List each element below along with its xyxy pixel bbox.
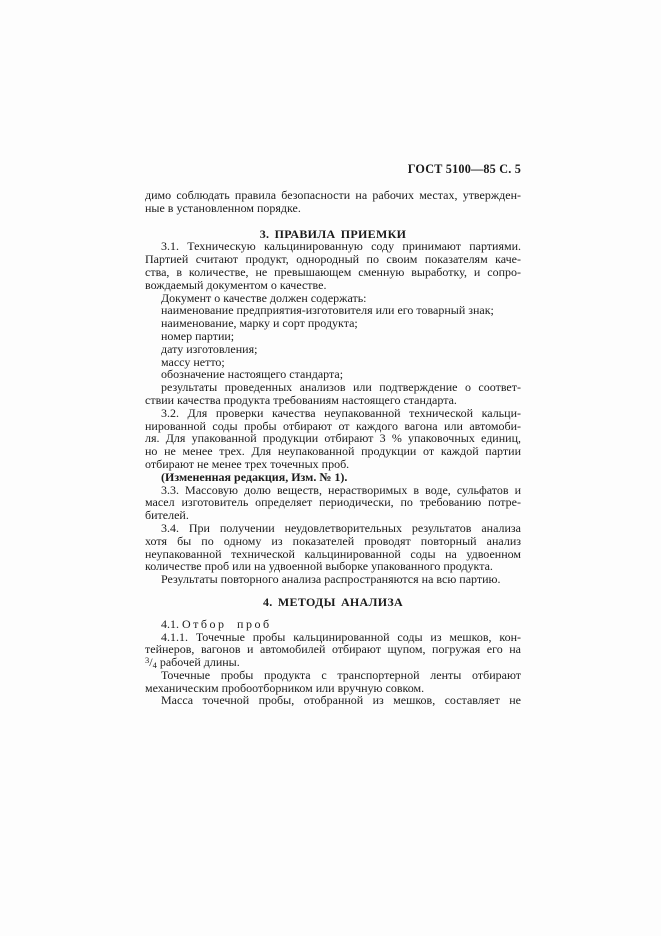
text-line: вождаемый документом о качестве. bbox=[145, 279, 521, 292]
subsection-heading: 4.1. Отбор проб bbox=[145, 618, 521, 631]
text-line: отбирают не менее трех точечных проб. bbox=[145, 458, 521, 471]
text-line: Масса точечной пробы, отобранной из мешк… bbox=[145, 694, 521, 707]
subsection-title: Отбор проб bbox=[182, 617, 272, 631]
text-line: (Измененная редакция, Изм. № 1). bbox=[145, 471, 521, 484]
text-line: Точечные пробы продукта с транспортерной… bbox=[145, 669, 521, 682]
document-page: ГОСТ 5100—85 С. 5 димо соблюдать правила… bbox=[0, 0, 661, 936]
text-line: димо соблюдать правила безопасности на р… bbox=[145, 189, 521, 202]
text-line: 3/4 рабочей длины. bbox=[145, 656, 521, 669]
section-heading: 4. МЕТОДЫ АНАЛИЗА bbox=[145, 596, 521, 609]
text-line: ные в установленном порядке. bbox=[145, 202, 521, 215]
text-line: дату изготовления; bbox=[145, 343, 521, 356]
text-line: масел изготовитель определяет периодичес… bbox=[145, 496, 521, 509]
text-line: Результаты повторного анализа распростра… bbox=[145, 573, 521, 586]
text-line: бителей. bbox=[145, 509, 521, 522]
text-line: 3.4. При получении неудовлетворительных … bbox=[145, 522, 521, 535]
page-header: ГОСТ 5100—85 С. 5 bbox=[145, 162, 521, 176]
text-line: 3.2. Для проверки качества неупакованной… bbox=[145, 407, 521, 420]
document-body: димо соблюдать правила безопасности на р… bbox=[145, 189, 521, 707]
text-column: ГОСТ 5100—85 С. 5 димо соблюдать правила… bbox=[145, 162, 521, 707]
text-line: ства, в количестве, не превышающем сменн… bbox=[145, 266, 521, 279]
text-line: номер партии; bbox=[145, 330, 521, 343]
text-line: хотя бы по одному из показателей проводя… bbox=[145, 535, 521, 548]
text-line: ствии качества продукта требованиям наст… bbox=[145, 394, 521, 407]
